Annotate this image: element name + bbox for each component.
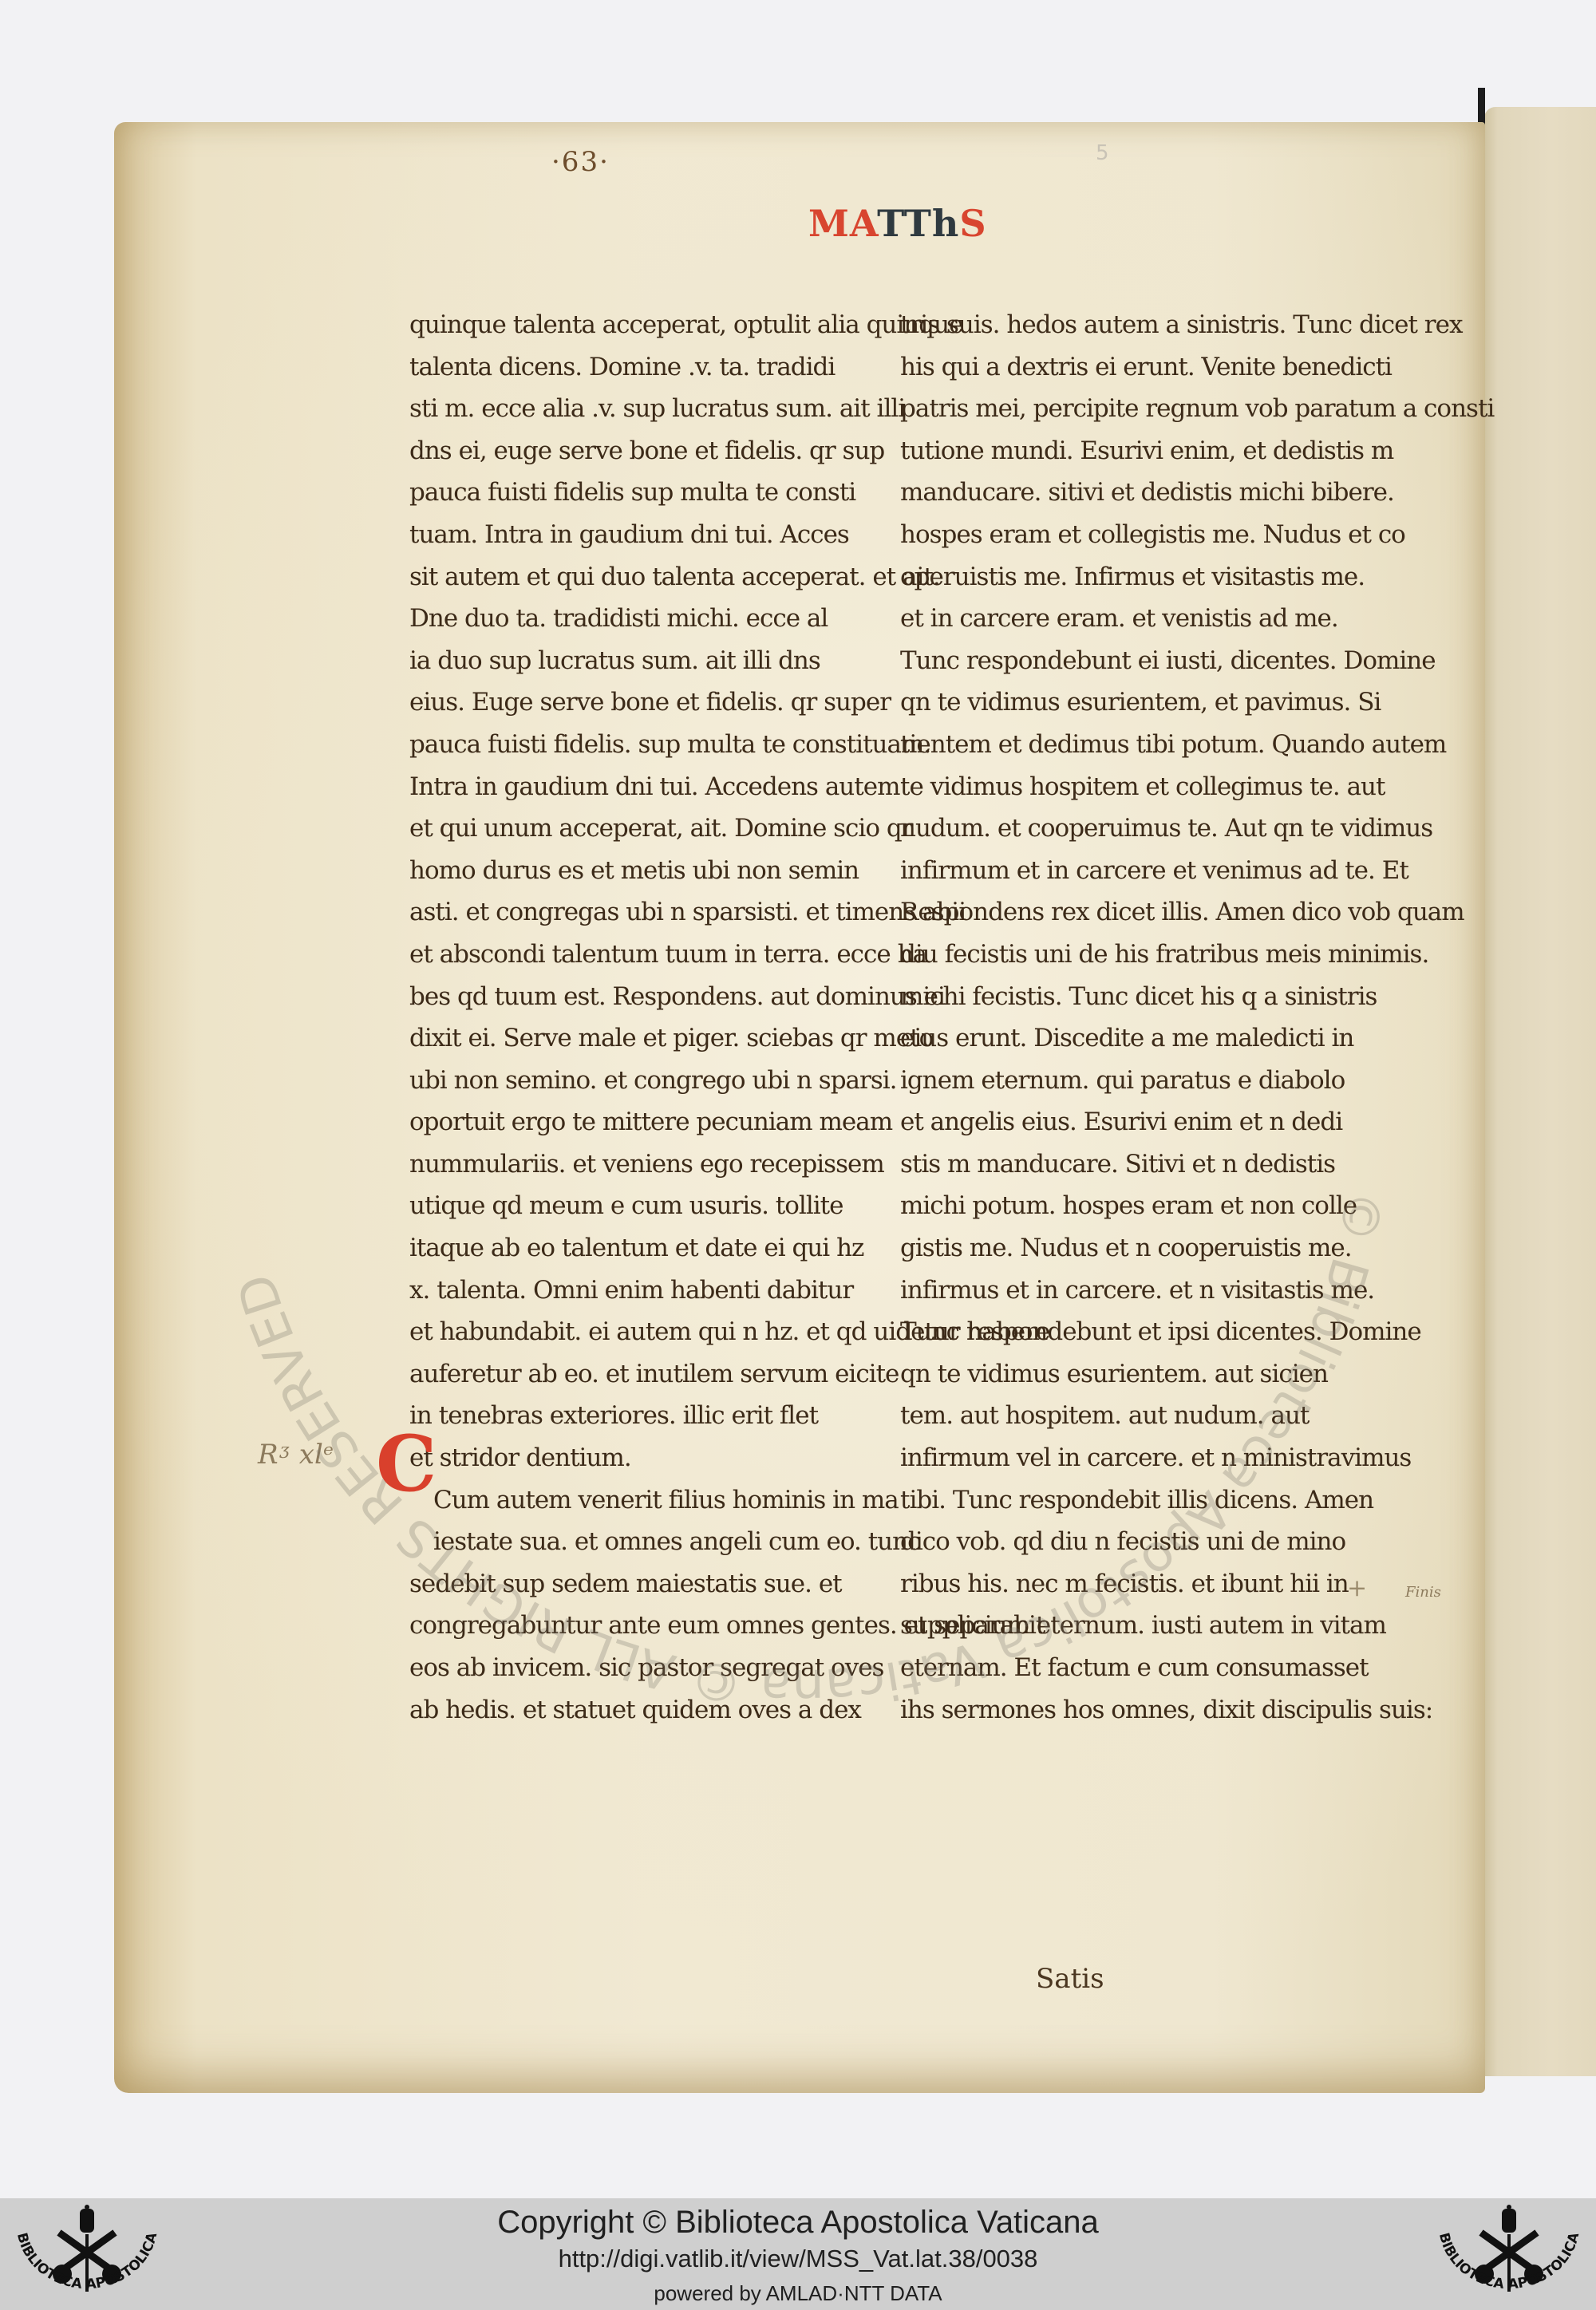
manuscript-line: tientem et dedimus tibi potum. Quando au… xyxy=(900,724,1395,766)
line-text: ihs sermones hos omnes, dixit discipulis… xyxy=(900,1696,1432,1724)
manuscript-line: bes qd tuum est. Respondens. aut dominus… xyxy=(409,976,856,1018)
manuscript-line: dns ei, euge serve bone et fidelis. qr s… xyxy=(409,430,856,472)
manuscript-line: infirmum et in carcere et venimus ad te.… xyxy=(900,850,1395,892)
manuscript-line: qn te vidimus esurientem, et pavimus. Si xyxy=(900,681,1395,724)
line-text: Cum autem venerit filius hominis in ma xyxy=(433,1486,899,1514)
powered-by-text: powered by AMLAD·NTT DATA xyxy=(0,2281,1596,2306)
manuscript-line: Tunc respondebunt et ipsi dicentes. Domi… xyxy=(900,1311,1395,1353)
manuscript-line: Tunc respondebunt ei iusti, dicentes. Do… xyxy=(900,640,1395,682)
line-text: in tenebras exteriores. illic erit flet xyxy=(409,1401,818,1430)
line-text: et stridor dentium. xyxy=(409,1443,631,1472)
manuscript-line: ia duo sup lucratus sum. ait illi dns xyxy=(409,640,856,682)
manuscript-line: ihs sermones hos omnes, dixit discipulis… xyxy=(900,1689,1395,1732)
manuscript-line: gistis me. Nudus et n cooperuistis me. xyxy=(900,1227,1395,1270)
line-text: Intra in gaudium dni tui. Accedens autem xyxy=(409,772,899,801)
manuscript-line: utique qd meum e cum usuris. tollite xyxy=(409,1185,856,1227)
folio-number: ·63· xyxy=(551,146,610,178)
copyright-text: Copyright © Biblioteca Apostolica Vatica… xyxy=(0,2205,1596,2241)
manuscript-line: tibi. Tunc respondebit illis dicens. Ame… xyxy=(900,1479,1395,1522)
vatican-library-logo-left: BIBLIOTECA APOSTOLICA VATICANA xyxy=(3,2202,171,2308)
manuscript-line: congregabuntur ante eum omnes gentes. et… xyxy=(409,1605,856,1647)
manuscript-line: et stridor dentium. xyxy=(409,1437,856,1479)
manuscript-line: te vidimus hospitem et collegimus te. au… xyxy=(900,766,1395,808)
line-text: dns ei, euge serve bone et fidelis. qr s… xyxy=(409,436,884,465)
manuscript-line: pauca fuisti fidelis sup multa te consti xyxy=(409,472,856,514)
line-text: ab hedis. et statuet quidem oves a dex xyxy=(409,1696,861,1724)
line-text: qn te vidimus esurientem, et pavimus. Si xyxy=(900,688,1381,717)
manuscript-line: ab hedis. et statuet quidem oves a dex xyxy=(409,1689,856,1732)
manuscript-line: et angelis eius. Esurivi enim et n dedi xyxy=(900,1101,1395,1143)
line-text: sedebit sup sedem maiestatis sue. et xyxy=(409,1570,842,1598)
manuscript-line: manducare. sitivi et dedistis michi bibe… xyxy=(900,472,1395,514)
line-text: sti m. ecce alia .v. sup lucratus sum. a… xyxy=(409,394,905,423)
line-text: ubi non semino. et congrego ubi n sparsi… xyxy=(409,1066,897,1095)
line-text: tientem et dedimus tibi potum. Quando au… xyxy=(900,730,1446,759)
catchword: Satis xyxy=(1036,1963,1104,1995)
manuscript-line: asti. et congregas ubi n sparsisti. et t… xyxy=(409,891,856,934)
line-text: eternam. Et factum e cum consumasset xyxy=(900,1653,1369,1682)
next-leaf-edge xyxy=(1484,107,1596,2076)
manuscript-line: nummulariis. et veniens ego recepissem xyxy=(409,1143,856,1186)
manuscript-line: et abscondi talentum tuum in terra. ecce… xyxy=(409,934,856,976)
image-viewer: ·63· 5 MATThS quinque talenta acceperat,… xyxy=(0,0,1596,2198)
decorated-initial: C xyxy=(376,1419,437,1509)
manuscript-line: ribus his. nec m fecistis. et ibunt hii … xyxy=(900,1563,1395,1605)
manuscript-line: in tenebras exteriores. illic erit flet xyxy=(409,1395,856,1437)
line-text: eius. Euge serve bone et fidelis. qr sup… xyxy=(409,688,891,717)
line-text: bes qd tuum est. Respondens. aut dominus… xyxy=(409,982,945,1011)
line-text: tuam. Intra in gaudium dni tui. Acces xyxy=(409,520,849,549)
manuscript-line: tutione mundi. Esurivi enim, et dedistis… xyxy=(900,430,1395,472)
line-text: auferetur ab eo. et inutilem servum eici… xyxy=(409,1360,899,1388)
manuscript-line: x. talenta. Omni enim habenti dabitur xyxy=(409,1270,856,1312)
line-text: dico vob. qd diu n fecistis uni de mino xyxy=(900,1527,1345,1556)
line-text: manducare. sitivi et dedistis michi bibe… xyxy=(900,478,1394,507)
line-text: nudum. et cooperuimus te. Aut qn te vidi… xyxy=(900,814,1432,843)
manuscript-line: eius. Euge serve bone et fidelis. qr sup… xyxy=(409,681,856,724)
line-text: pauca fuisti fidelis. sup multa te const… xyxy=(409,730,930,759)
manuscript-line: et habundabit. ei autem qui n hz. et qd … xyxy=(409,1311,856,1353)
line-text: ignem eternum. qui paratus e diabolo xyxy=(900,1066,1345,1095)
manuscript-line: Intra in gaudium dni tui. Accedens autem xyxy=(409,766,856,808)
line-text: his qui a dextris ei erunt. Venite bened… xyxy=(900,353,1392,381)
manuscript-url[interactable]: http://digi.vatlib.it/view/MSS_Vat.lat.3… xyxy=(0,2245,1596,2273)
line-text: et abscondi talentum tuum in terra. ecce… xyxy=(409,940,926,969)
margin-note-right: Finis xyxy=(1405,1584,1441,1601)
line-text: qn te vidimus esurientem. aut sicien xyxy=(900,1360,1328,1388)
manuscript-line: Dne duo ta. tradidisti michi. ecce al xyxy=(409,598,856,640)
manuscript-line: operuistis me. Infirmus et visitastis me… xyxy=(900,556,1395,598)
manuscript-line: tem. aut hospitem. aut nudum. aut xyxy=(900,1395,1395,1437)
line-text: diu fecistis uni de his fratribus meis m… xyxy=(900,940,1428,969)
line-text: oportuit ergo te mittere pecuniam meam xyxy=(409,1108,892,1136)
line-text: dixit ei. Serve male et piger. sciebas q… xyxy=(409,1024,933,1052)
right-text-column: tris suis. hedos autem a sinistris. Tunc… xyxy=(900,304,1395,1731)
left-text-column: quinque talenta acceperat, optulit alia … xyxy=(409,304,856,1731)
manuscript-line: itaque ab eo talentum et date ei qui hz xyxy=(409,1227,856,1270)
line-text: ia duo sup lucratus sum. ait illi dns xyxy=(409,646,820,675)
pencil-foliation: 5 xyxy=(1096,141,1109,165)
manuscript-line: talenta dicens. Domine .v. ta. tradidi xyxy=(409,346,856,389)
margin-note-left: Rᶾ xlᵉ xyxy=(258,1439,334,1471)
line-text: te vidimus hospitem et collegimus te. au… xyxy=(900,772,1385,801)
line-text: infirmum vel in carcere. et n ministravi… xyxy=(900,1443,1411,1472)
line-text: et angelis eius. Esurivi enim et n dedi xyxy=(900,1108,1342,1136)
line-text: infirmus et in carcere. et n visitastis … xyxy=(900,1276,1374,1305)
line-text: infirmum et in carcere et venimus ad te.… xyxy=(900,856,1408,885)
line-text: michi fecistis. Tunc dicet his q a sinis… xyxy=(900,982,1377,1011)
line-text: ribus his. nec m fecistis. et ibunt hii … xyxy=(900,1570,1349,1598)
footer-bar: Copyright © Biblioteca Apostolica Vatica… xyxy=(0,2198,1596,2310)
line-text: eius erunt. Discedite a me maledicti in xyxy=(900,1024,1353,1052)
manuscript-line: oportuit ergo te mittere pecuniam meam xyxy=(409,1101,856,1143)
manuscript-line: eternam. Et factum e cum consumasset xyxy=(900,1647,1395,1689)
line-text: utique qd meum e cum usuris. tollite xyxy=(409,1191,843,1220)
manuscript-line: auferetur ab eo. et inutilem servum eici… xyxy=(409,1353,856,1396)
manuscript-line: et qui unum acceperat, ait. Domine scio … xyxy=(409,808,856,850)
line-text: gistis me. Nudus et n cooperuistis me. xyxy=(900,1234,1352,1262)
manuscript-line: sit autem et qui duo talenta acceperat. … xyxy=(409,556,856,598)
manuscript-line: infirmus et in carcere. et n visitastis … xyxy=(900,1270,1395,1312)
manuscript-line: quinque talenta acceperat, optulit alia … xyxy=(409,304,856,346)
line-text: itaque ab eo talentum et date ei qui hz xyxy=(409,1234,863,1262)
running-head-blue: TTh xyxy=(877,202,959,245)
line-text: stis m manducare. Sitivi et n dedistis xyxy=(900,1150,1335,1179)
line-text: hospes eram et collegistis me. Nudus et … xyxy=(900,520,1405,549)
manuscript-line: dico vob. qd diu n fecistis uni de mino xyxy=(900,1521,1395,1563)
line-text: Tunc respondebunt et ipsi dicentes. Domi… xyxy=(900,1317,1421,1346)
manuscript-line: eos ab invicem. sic pastor segregat oves xyxy=(409,1647,856,1689)
manuscript-line: tris suis. hedos autem a sinistris. Tunc… xyxy=(900,304,1395,346)
line-text: Dne duo ta. tradidisti michi. ecce al xyxy=(409,604,828,633)
line-text: Respondens rex dicet illis. Amen dico vo… xyxy=(900,898,1464,926)
manuscript-line: diu fecistis uni de his fratribus meis m… xyxy=(900,934,1395,976)
manuscript-line: stis m manducare. Sitivi et n dedistis xyxy=(900,1143,1395,1186)
manuscript-line: sedebit sup sedem maiestatis sue. et xyxy=(409,1563,856,1605)
line-text: pauca fuisti fidelis sup multa te consti xyxy=(409,478,855,507)
manuscript-line: pauca fuisti fidelis. sup multa te const… xyxy=(409,724,856,766)
manuscript-line: michi potum. hospes eram et non colle xyxy=(900,1185,1395,1227)
line-text: michi potum. hospes eram et non colle xyxy=(900,1191,1357,1220)
line-text: tutione mundi. Esurivi enim, et dedistis… xyxy=(900,436,1393,465)
manuscript-line: et in carcere eram. et venistis ad me. xyxy=(900,598,1395,640)
manuscript-line: qn te vidimus esurientem. aut sicien xyxy=(900,1353,1395,1396)
running-head-red-end: S xyxy=(959,202,986,245)
line-text: iestate sua. et omnes angeli cum eo. tun… xyxy=(433,1527,920,1556)
manuscript-page: ·63· 5 MATThS quinque talenta acceperat,… xyxy=(114,122,1485,2093)
manuscript-line: michi fecistis. Tunc dicet his q a sinis… xyxy=(900,976,1395,1018)
line-text: et qui unum acceperat, ait. Domine scio … xyxy=(409,814,913,843)
line-text: nummulariis. et veniens ego recepissem xyxy=(409,1150,884,1179)
margin-cross: + xyxy=(1347,1574,1367,1602)
manuscript-line: his qui a dextris ei erunt. Venite bened… xyxy=(900,346,1395,389)
line-text: Tunc respondebunt ei iusti, dicentes. Do… xyxy=(900,646,1436,675)
line-text: tibi. Tunc respondebit illis dicens. Ame… xyxy=(900,1486,1373,1514)
line-text: homo durus es et metis ubi non semin xyxy=(409,856,859,885)
manuscript-line: hospes eram et collegistis me. Nudus et … xyxy=(900,514,1395,556)
line-text: asti. et congregas ubi n sparsisti. et t… xyxy=(409,898,966,926)
manuscript-line: patris mei, percipite regnum vob paratum… xyxy=(900,388,1395,430)
manuscript-line: nudum. et cooperuimus te. Aut qn te vidi… xyxy=(900,808,1395,850)
line-text: quinque talenta acceperat, optulit alia … xyxy=(409,310,962,339)
line-text: sit autem et qui duo talenta acceperat. … xyxy=(409,563,940,591)
running-head: MATThS xyxy=(808,202,987,245)
line-text: tris suis. hedos autem a sinistris. Tunc… xyxy=(900,310,1462,339)
manuscript-line: Cum autem venerit filius hominis in ma xyxy=(409,1479,856,1522)
manuscript-line: Respondens rex dicet illis. Amen dico vo… xyxy=(900,891,1395,934)
manuscript-line: dixit ei. Serve male et piger. sciebas q… xyxy=(409,1017,856,1060)
line-text: x. talenta. Omni enim habenti dabitur xyxy=(409,1276,853,1305)
line-text: talenta dicens. Domine .v. ta. tradidi xyxy=(409,353,835,381)
vatican-library-logo-right: BIBLIOTECA APOSTOLICA VATICANA xyxy=(1425,2202,1593,2308)
manuscript-line: tuam. Intra in gaudium dni tui. Acces xyxy=(409,514,856,556)
line-text: patris mei, percipite regnum vob paratum… xyxy=(900,394,1494,423)
manuscript-line: sti m. ecce alia .v. sup lucratus sum. a… xyxy=(409,388,856,430)
manuscript-line: homo durus es et metis ubi non semin xyxy=(409,850,856,892)
manuscript-line: supplicium eternum. iusti autem in vitam xyxy=(900,1605,1395,1647)
line-text: operuistis me. Infirmus et visitastis me… xyxy=(900,563,1365,591)
line-text: eos ab invicem. sic pastor segregat oves xyxy=(409,1653,883,1682)
manuscript-line: ignem eternum. qui paratus e diabolo xyxy=(900,1060,1395,1102)
line-text: supplicium eternum. iusti autem in vitam xyxy=(900,1611,1386,1640)
manuscript-line: iestate sua. et omnes angeli cum eo. tun… xyxy=(409,1521,856,1563)
line-text: tem. aut hospitem. aut nudum. aut xyxy=(900,1401,1309,1430)
manuscript-line: ubi non semino. et congrego ubi n sparsi… xyxy=(409,1060,856,1102)
line-text: et in carcere eram. et venistis ad me. xyxy=(900,604,1338,633)
manuscript-line: infirmum vel in carcere. et n ministravi… xyxy=(900,1437,1395,1479)
running-head-red: MA xyxy=(808,202,877,245)
manuscript-line: eius erunt. Discedite a me maledicti in xyxy=(900,1017,1395,1060)
